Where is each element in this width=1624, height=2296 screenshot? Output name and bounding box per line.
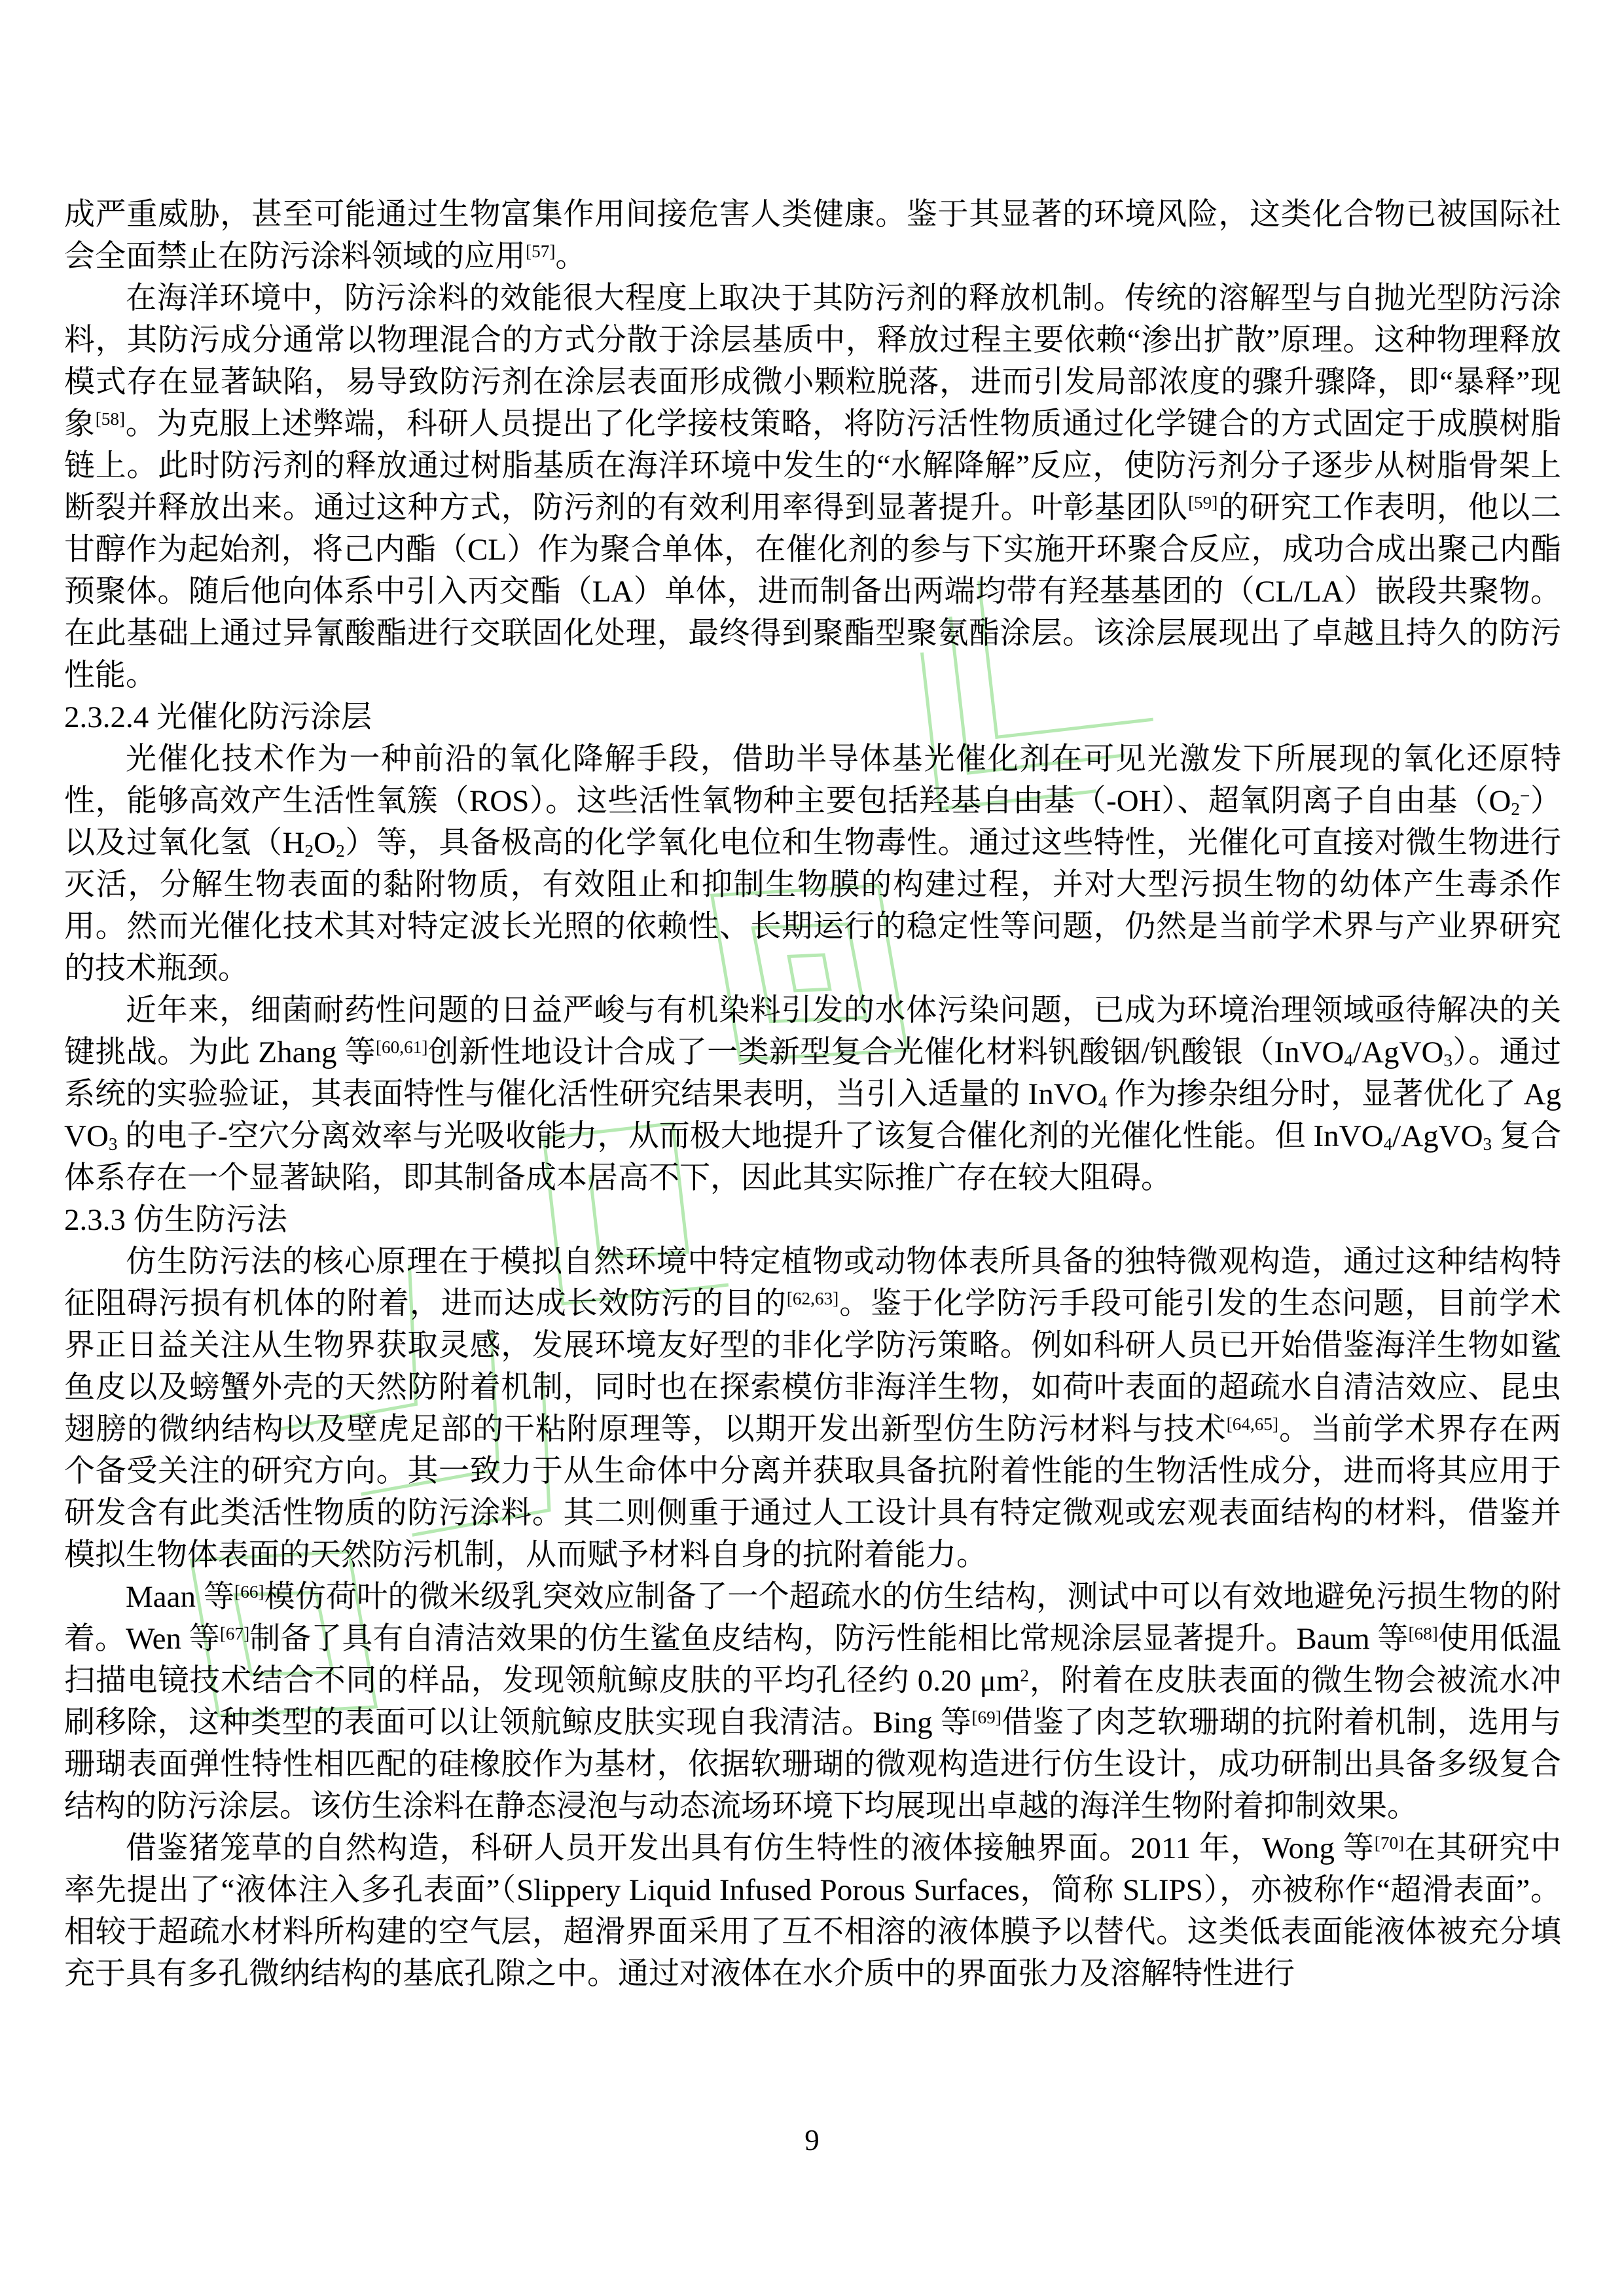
superscript: [69] xyxy=(971,1708,1001,1727)
page: 成严重威胁，甚至可能通过生物富集作用间接危害人类健康。鉴于其显著的环境风险，这类… xyxy=(0,0,1624,2296)
paragraph: 成严重威胁，甚至可能通过生物富集作用间接危害人类健康。鉴于其显著的环境风险，这类… xyxy=(64,194,1561,278)
paragraph: 近年来，细菌耐药性问题的日益严峻与有机染料引发的水体污染问题，已成为环境治理领域… xyxy=(64,990,1561,1199)
paragraph: 在海洋环境中，防污涂料的效能很大程度上取决于其防污剂的释放机制。传统的溶解型与自… xyxy=(64,278,1561,696)
superscript: [70] xyxy=(1375,1833,1404,1853)
superscript: [67] xyxy=(220,1624,249,1643)
superscript: − xyxy=(1520,786,1530,806)
superscript: [62,63] xyxy=(787,1289,839,1308)
paragraph: 借鉴猪笼草的自然构造，科研人员开发出具有仿生特性的液体接触界面。2011 年，W… xyxy=(64,1827,1561,1995)
superscript: [57] xyxy=(526,242,555,261)
section-heading: 2.3.2.4 光催化防污涂层 xyxy=(64,696,1561,738)
subscript: 3 xyxy=(1443,1050,1453,1070)
document-body: 成严重威胁，甚至可能通过生物富集作用间接危害人类健康。鉴于其显著的环境风险，这类… xyxy=(64,194,1561,1995)
subscript: 4 xyxy=(1098,1092,1108,1112)
subscript: 3 xyxy=(109,1134,118,1154)
paragraph: 光催化技术作为一种前沿的氧化降解手段，借助半导体基光催化剂在可见光激发下所展现的… xyxy=(64,738,1561,990)
superscript: [66] xyxy=(234,1582,264,1602)
superscript: 2 xyxy=(1020,1666,1029,1685)
superscript: [59] xyxy=(1188,493,1218,512)
superscript: [58] xyxy=(96,409,125,429)
superscript: [68] xyxy=(1408,1624,1437,1643)
superscript: [60,61] xyxy=(376,1037,427,1057)
subscript: 2 xyxy=(336,841,345,861)
subscript: 3 xyxy=(1483,1134,1492,1154)
paragraph: Maan 等[66]模仿荷叶的微米级乳突效应制备了一个超疏水的仿生结构，测试中可… xyxy=(64,1576,1561,1827)
subscript: 4 xyxy=(1384,1134,1393,1154)
subscript: 4 xyxy=(1344,1050,1353,1070)
section-heading: 2.3.3 仿生防污法 xyxy=(64,1199,1561,1241)
paragraph: 仿生防污法的核心原理在于模拟自然环境中特定植物或动物体表所具备的独特微观构造，通… xyxy=(64,1241,1561,1576)
subscript: 2 xyxy=(304,841,314,861)
superscript: [64,65] xyxy=(1227,1414,1278,1434)
subscript: 2 xyxy=(1511,799,1520,819)
page-number: 9 xyxy=(0,2121,1624,2160)
